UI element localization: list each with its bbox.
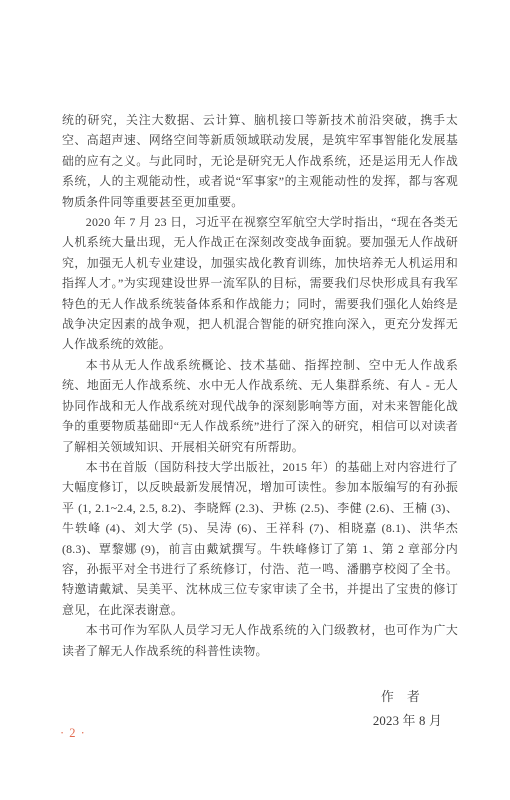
paragraph: 本书从无人作战系统概论、技术基础、指挥控制、空中无人作战系统、地面无人作战系统、…	[62, 355, 458, 457]
paragraph: 本书可作为军队人员学习无人作战系统的入门级教材，也可作为广大读者了解无人作战系统…	[62, 620, 458, 661]
signature-block: 作 者 2023 年 8 月	[62, 687, 458, 731]
book-page: 统的研究，关注大数据、云计算、脑机接口等新技术前沿突破，携手太空、高超声速、网络…	[0, 0, 510, 800]
paragraph: 本书在首版（国防科技大学出版社，2015 年）的基础上对内容进行了大幅度修订，以…	[62, 457, 458, 620]
signature-date: 2023 年 8 月	[62, 711, 442, 731]
paragraph: 统的研究，关注大数据、云计算、脑机接口等新技术前沿突破，携手太空、高超声速、网络…	[62, 110, 458, 212]
paragraph: 2020 年 7 月 23 日，习近平在视察空军航空大学时指出，“现在各类无人机…	[62, 212, 458, 355]
page-number: · 2 ·	[60, 726, 86, 741]
author-signature: 作 者	[62, 687, 420, 707]
preface-text-block: 统的研究，关注大数据、云计算、脑机接口等新技术前沿突破，携手太空、高超声速、网络…	[62, 110, 458, 731]
